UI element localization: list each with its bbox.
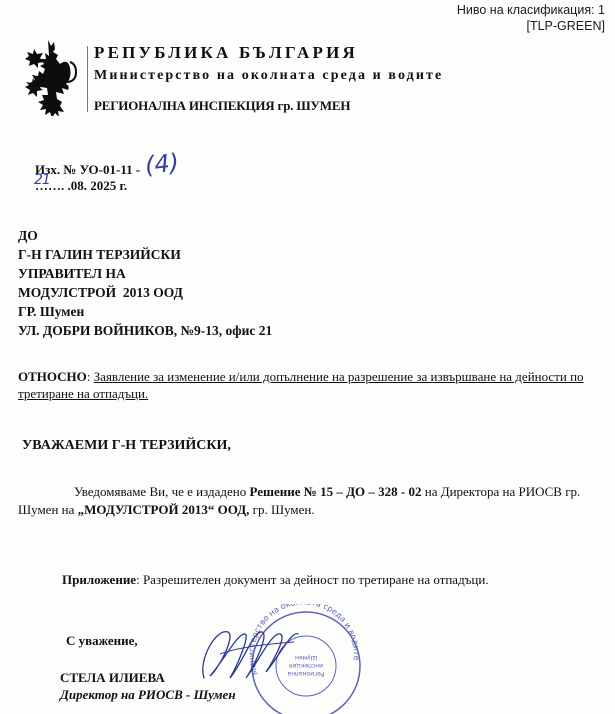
company-name: „МОДУЛСТРОЙ 2013“ ООД, — [78, 502, 250, 517]
classification-block: Ниво на класификация: 1 [TLP-GREEN] — [457, 3, 605, 34]
subject-label: ОТНОСНО — [18, 369, 87, 384]
inspection-title: РЕГИОНАЛНА ИНСПЕКЦИЯ гр. ШУМЕН — [94, 98, 350, 114]
salutation: УВАЖАЕМИ Г-Н ТЕРЗИЙСКИ, — [22, 438, 231, 454]
recipient-line: ДО — [18, 226, 272, 245]
recipient-line: УЛ. ДОБРИ ВОЙНИКОВ, №9-13, офис 21 — [18, 321, 272, 340]
outgoing-number: Изх. № УО-01-11 - — [35, 162, 140, 178]
subject-line: ОТНОСНО: Заявление за изменение и/или до… — [18, 368, 598, 402]
recipient-line: Г-Н ГАЛИН ТЕРЗИЙСКИ — [18, 245, 272, 264]
signer-name: СТЕЛА ИЛИЕВА — [60, 670, 165, 686]
signer-position: Директор на РИОСВ - Шумен — [60, 687, 236, 703]
attachment-line: Приложение: Разрешителен документ за дей… — [62, 572, 489, 588]
recipient-line: УПРАВИТЕЛ НА — [18, 264, 272, 283]
recipient-line: МОДУЛСТРОЙ 2013 ООД — [18, 283, 272, 302]
bulgarian-lion-emblem-icon — [24, 38, 80, 116]
body-paragraph: Уведомяваме Ви, че е издадено Решение № … — [18, 483, 608, 518]
recipient-line: ГР. Шумен — [18, 302, 272, 321]
decision-number: Решение № 15 – ДО – 328 - 02 — [250, 484, 422, 499]
attachment-text: : Разрешителен документ за дейност по тр… — [136, 572, 489, 587]
handwritten-day: 21 — [34, 172, 50, 188]
tlp-label: [TLP-GREEN] — [457, 19, 605, 35]
closing-regards: С уважение, — [66, 633, 138, 649]
handwritten-signature-icon — [196, 620, 306, 685]
subject-text: Заявление за изменение и/или допълнение … — [18, 369, 584, 401]
recipient-address: ДО Г-Н ГАЛИН ТЕРЗИЙСКИ УПРАВИТЕЛ НА МОДУ… — [18, 226, 272, 340]
classification-level: Ниво на класификация: 1 — [457, 3, 605, 19]
attachment-label: Приложение — [62, 572, 136, 587]
handwritten-number: (4) — [144, 148, 181, 179]
country-title: РЕПУБЛИКА БЪЛГАРИЯ — [94, 43, 358, 63]
ministry-title: Министерство на околната среда и водите — [94, 68, 443, 84]
letterhead-divider — [87, 46, 88, 112]
